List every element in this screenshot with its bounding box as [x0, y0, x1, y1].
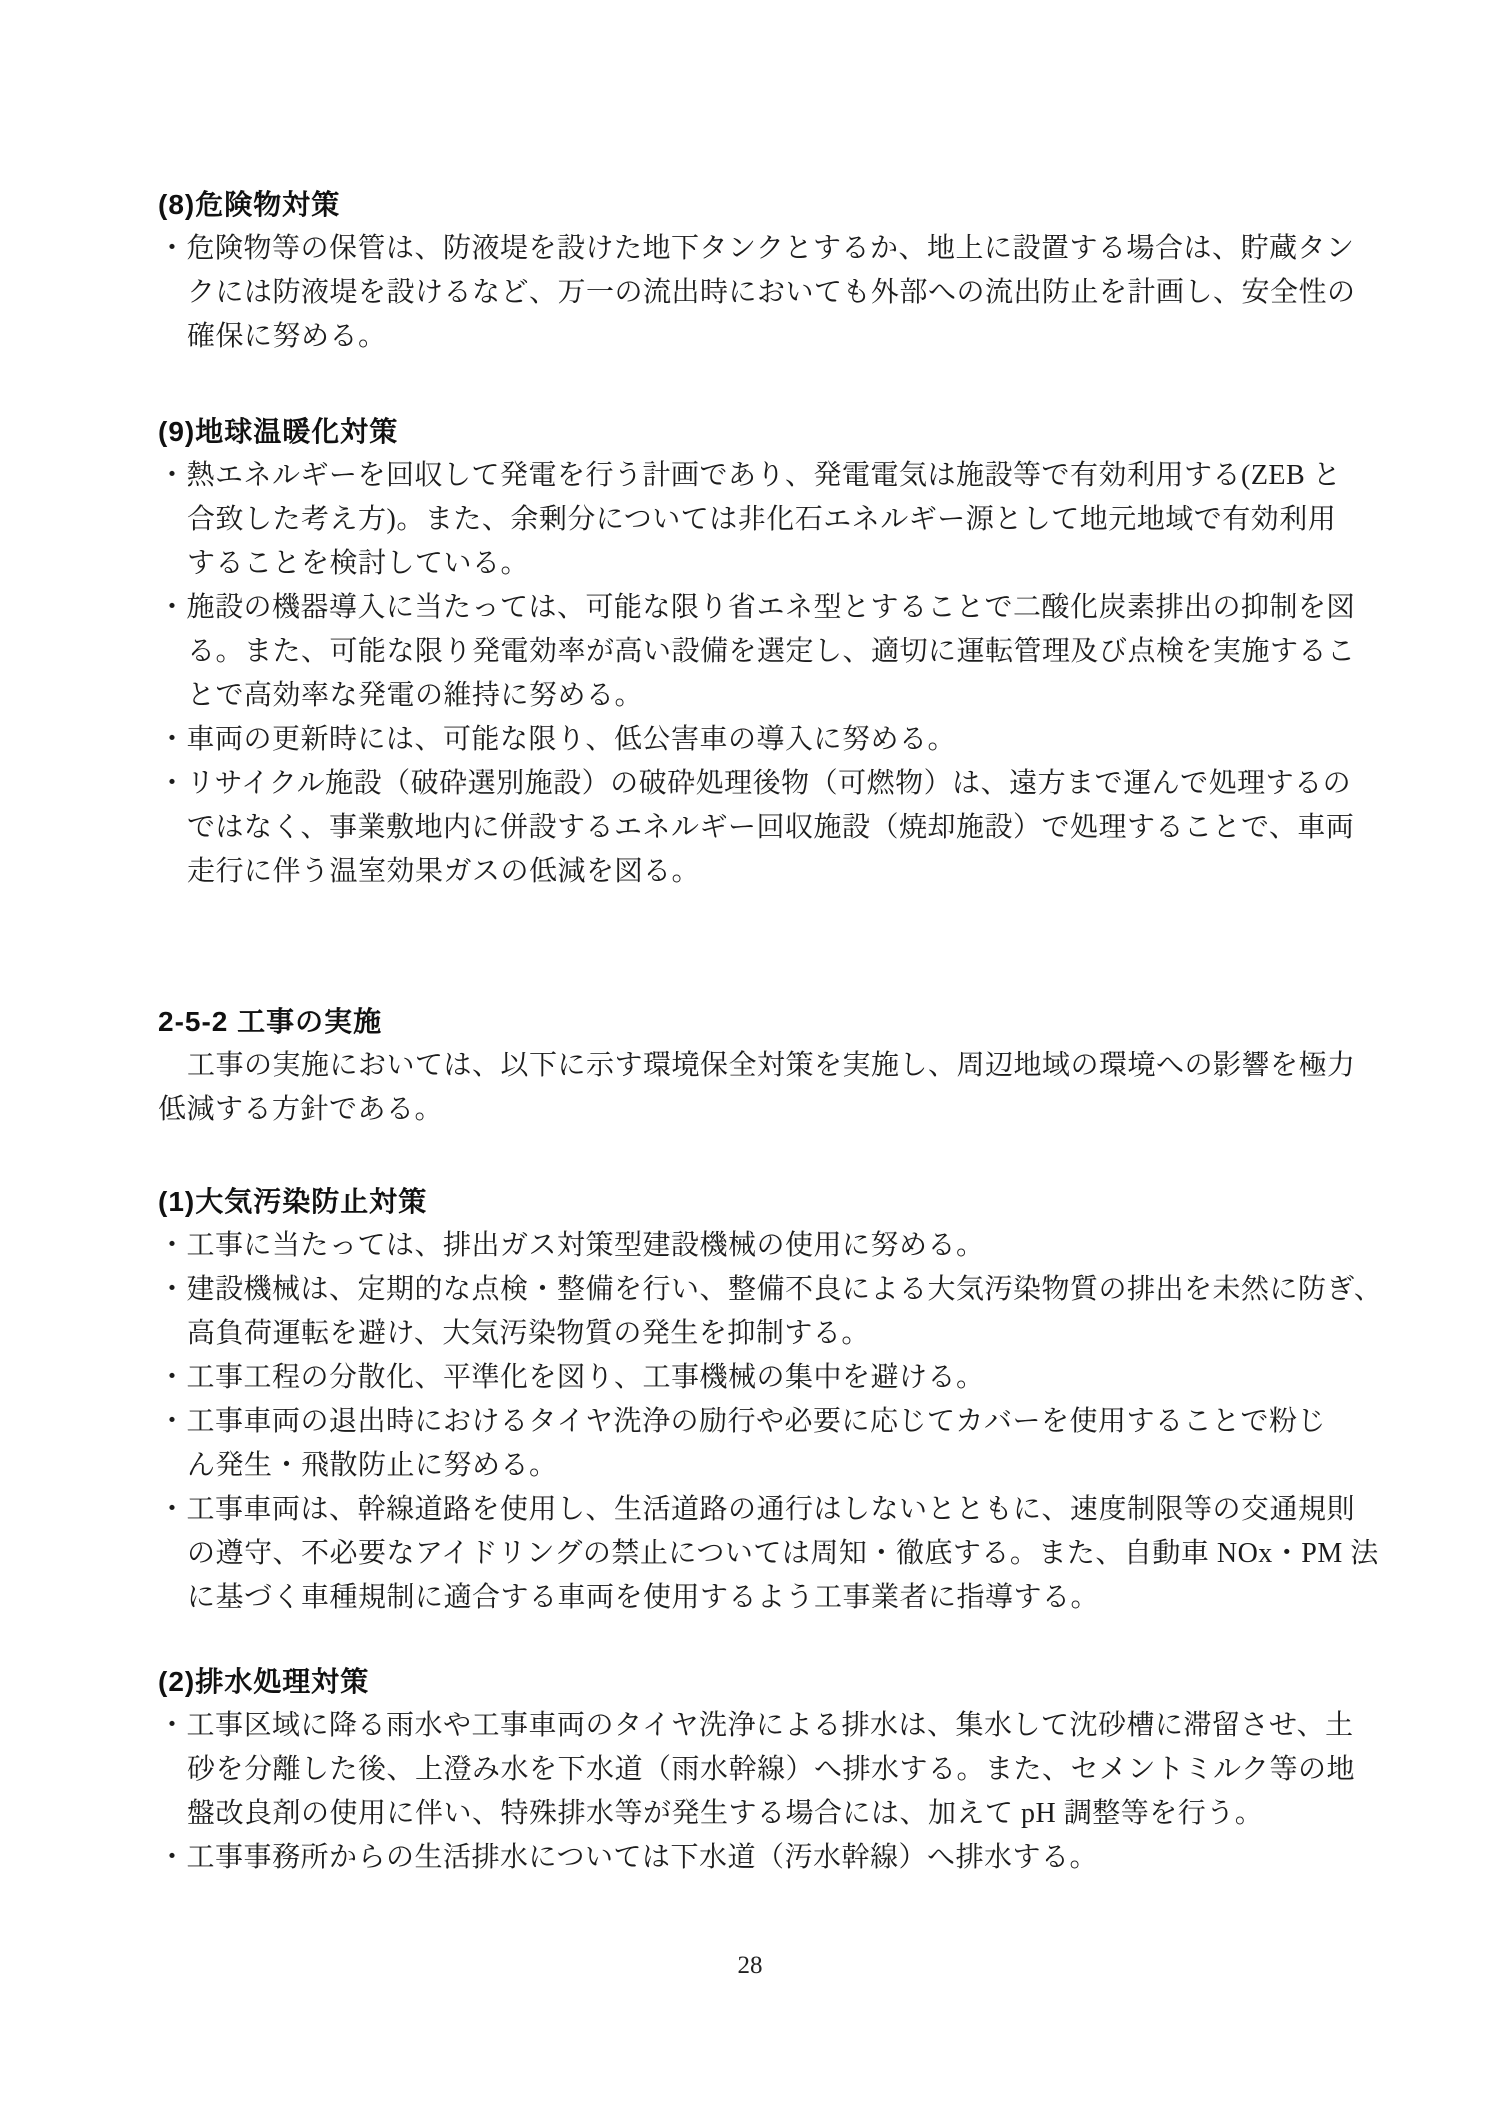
body-line: 工事の実施においては、以下に示す環境保全対策を実施し、周辺地域の環境への影響を極… [187, 1044, 1350, 1088]
bullet-item: ・車両の更新時には、可能な限り、低公害車の導入に努める。 [158, 718, 1350, 762]
bullet-line: することを検討している。 [187, 542, 1350, 586]
bullet-item: ・工事事務所からの生活排水については下水道（汚水幹線）へ排水する。 [158, 1836, 1350, 1880]
bullet-line: ん発生・飛散防止に努める。 [187, 1444, 1350, 1488]
bullet-line: ・工事車両の退出時におけるタイヤ洗浄の励行や必要に応じてカバーを使用することで粉… [158, 1400, 1350, 1444]
section-wastewater-treatment: (2)排水処理対策 ・工事区域に降る雨水や工事車両のタイヤ洗浄による排水は、集水… [158, 1660, 1350, 1880]
bullet-item: ・工事車両の退出時におけるタイヤ洗浄の励行や必要に応じてカバーを使用することで粉… [158, 1400, 1350, 1488]
bullet-item: ・工事に当たっては、排出ガス対策型建設機械の使用に努める。 [158, 1224, 1350, 1268]
section-construction-implementation: 2-5-2 工事の実施 工事の実施においては、以下に示す環境保全対策を実施し、周… [158, 1000, 1350, 1132]
bullet-line: ・建設機械は、定期的な点検・整備を行い、整備不良による大気汚染物質の排出を未然に… [158, 1268, 1350, 1312]
bullet-line: クには防液堤を設けるなど、万一の流出時においても外部への流出防止を計画し、安全性… [187, 271, 1350, 315]
bullet-item: ・危険物等の保管は、防液堤を設けた地下タンクとするか、地上に設置する場合は、貯蔵… [158, 227, 1350, 359]
section-global-warming: (9)地球温暖化対策 ・熱エネルギーを回収して発電を行う計画であり、発電電気は施… [158, 410, 1350, 894]
section-heading: (9)地球温暖化対策 [158, 410, 1350, 454]
bullet-line: 走行に伴う温室効果ガスの低減を図る。 [187, 850, 1350, 894]
bullet-line: ・危険物等の保管は、防液堤を設けた地下タンクとするか、地上に設置する場合は、貯蔵… [158, 227, 1350, 271]
paragraph: 工事の実施においては、以下に示す環境保全対策を実施し、周辺地域の環境への影響を極… [158, 1044, 1350, 1132]
document-page: (8)危険物対策 ・危険物等の保管は、防液堤を設けた地下タンクとするか、地上に設… [0, 0, 1500, 2122]
bullet-item: ・建設機械は、定期的な点検・整備を行い、整備不良による大気汚染物質の排出を未然に… [158, 1268, 1350, 1356]
bullet-line: ・リサイクル施設（破砕選別施設）の破砕処理後物（可燃物）は、遠方まで運んで処理す… [158, 762, 1350, 806]
bullet-line: ・車両の更新時には、可能な限り、低公害車の導入に努める。 [158, 718, 1350, 762]
bullet-line: 盤改良剤の使用に伴い、特殊排水等が発生する場合には、加えて pH 調整等を行う。 [187, 1792, 1350, 1836]
bullet-line: ・工事区域に降る雨水や工事車両のタイヤ洗浄による排水は、集水して沈砂槽に滞留させ… [158, 1704, 1350, 1748]
bullet-line: 合致した考え方)。また、余剰分については非化石エネルギー源として地元地域で有効利… [187, 498, 1350, 542]
bullet-item: ・工事車両は、幹線道路を使用し、生活道路の通行はしないとともに、速度制限等の交通… [158, 1488, 1350, 1620]
bullet-item: ・リサイクル施設（破砕選別施設）の破砕処理後物（可燃物）は、遠方まで運んで処理す… [158, 762, 1350, 894]
section-heading: (1)大気汚染防止対策 [158, 1180, 1350, 1224]
bullet-line: の遵守、不必要なアイドリングの禁止については周知・徹底する。また、自動車 NOx… [187, 1532, 1350, 1576]
body-line: 低減する方針である。 [158, 1088, 1350, 1132]
section-heading: 2-5-2 工事の実施 [158, 1000, 1350, 1044]
bullet-line: る。また、可能な限り発電効率が高い設備を選定し、適切に運転管理及び点検を実施する… [187, 630, 1350, 674]
bullet-item: ・熱エネルギーを回収して発電を行う計画であり、発電電気は施設等で有効利用する(Z… [158, 454, 1350, 586]
bullet-line: 確保に努める。 [187, 315, 1350, 359]
section-heading: (2)排水処理対策 [158, 1660, 1350, 1704]
section-hazardous-materials: (8)危険物対策 ・危険物等の保管は、防液堤を設けた地下タンクとするか、地上に設… [158, 183, 1350, 359]
bullet-line: 砂を分離した後、上澄み水を下水道（雨水幹線）へ排水する。また、セメントミルク等の… [187, 1748, 1350, 1792]
bullet-line: ・施設の機器導入に当たっては、可能な限り省エネ型とすることで二酸化炭素排出の抑制… [158, 586, 1350, 630]
section-air-pollution-prevention: (1)大気汚染防止対策 ・工事に当たっては、排出ガス対策型建設機械の使用に努める… [158, 1180, 1350, 1620]
bullet-item: ・工事区域に降る雨水や工事車両のタイヤ洗浄による排水は、集水して沈砂槽に滞留させ… [158, 1704, 1350, 1836]
bullet-line: 高負荷運転を避け、大気汚染物質の発生を抑制する。 [187, 1312, 1350, 1356]
bullet-line: ・熱エネルギーを回収して発電を行う計画であり、発電電気は施設等で有効利用する(Z… [158, 454, 1350, 498]
bullet-line: ・工事に当たっては、排出ガス対策型建設機械の使用に努める。 [158, 1224, 1350, 1268]
bullet-line: ・工事工程の分散化、平準化を図り、工事機械の集中を避ける。 [158, 1356, 1350, 1400]
bullet-line: とで高効率な発電の維持に努める。 [187, 674, 1350, 718]
bullet-line: ではなく、事業敷地内に併設するエネルギー回収施設（焼却施設）で処理することで、車… [187, 806, 1350, 850]
bullet-line: に基づく車種規制に適合する車両を使用するよう工事業者に指導する。 [187, 1576, 1350, 1620]
bullet-item: ・工事工程の分散化、平準化を図り、工事機械の集中を避ける。 [158, 1356, 1350, 1400]
section-heading: (8)危険物対策 [158, 183, 1350, 227]
page-number: 28 [0, 1950, 1500, 1982]
bullet-item: ・施設の機器導入に当たっては、可能な限り省エネ型とすることで二酸化炭素排出の抑制… [158, 586, 1350, 718]
bullet-line: ・工事事務所からの生活排水については下水道（汚水幹線）へ排水する。 [158, 1836, 1350, 1880]
bullet-line: ・工事車両は、幹線道路を使用し、生活道路の通行はしないとともに、速度制限等の交通… [158, 1488, 1350, 1532]
